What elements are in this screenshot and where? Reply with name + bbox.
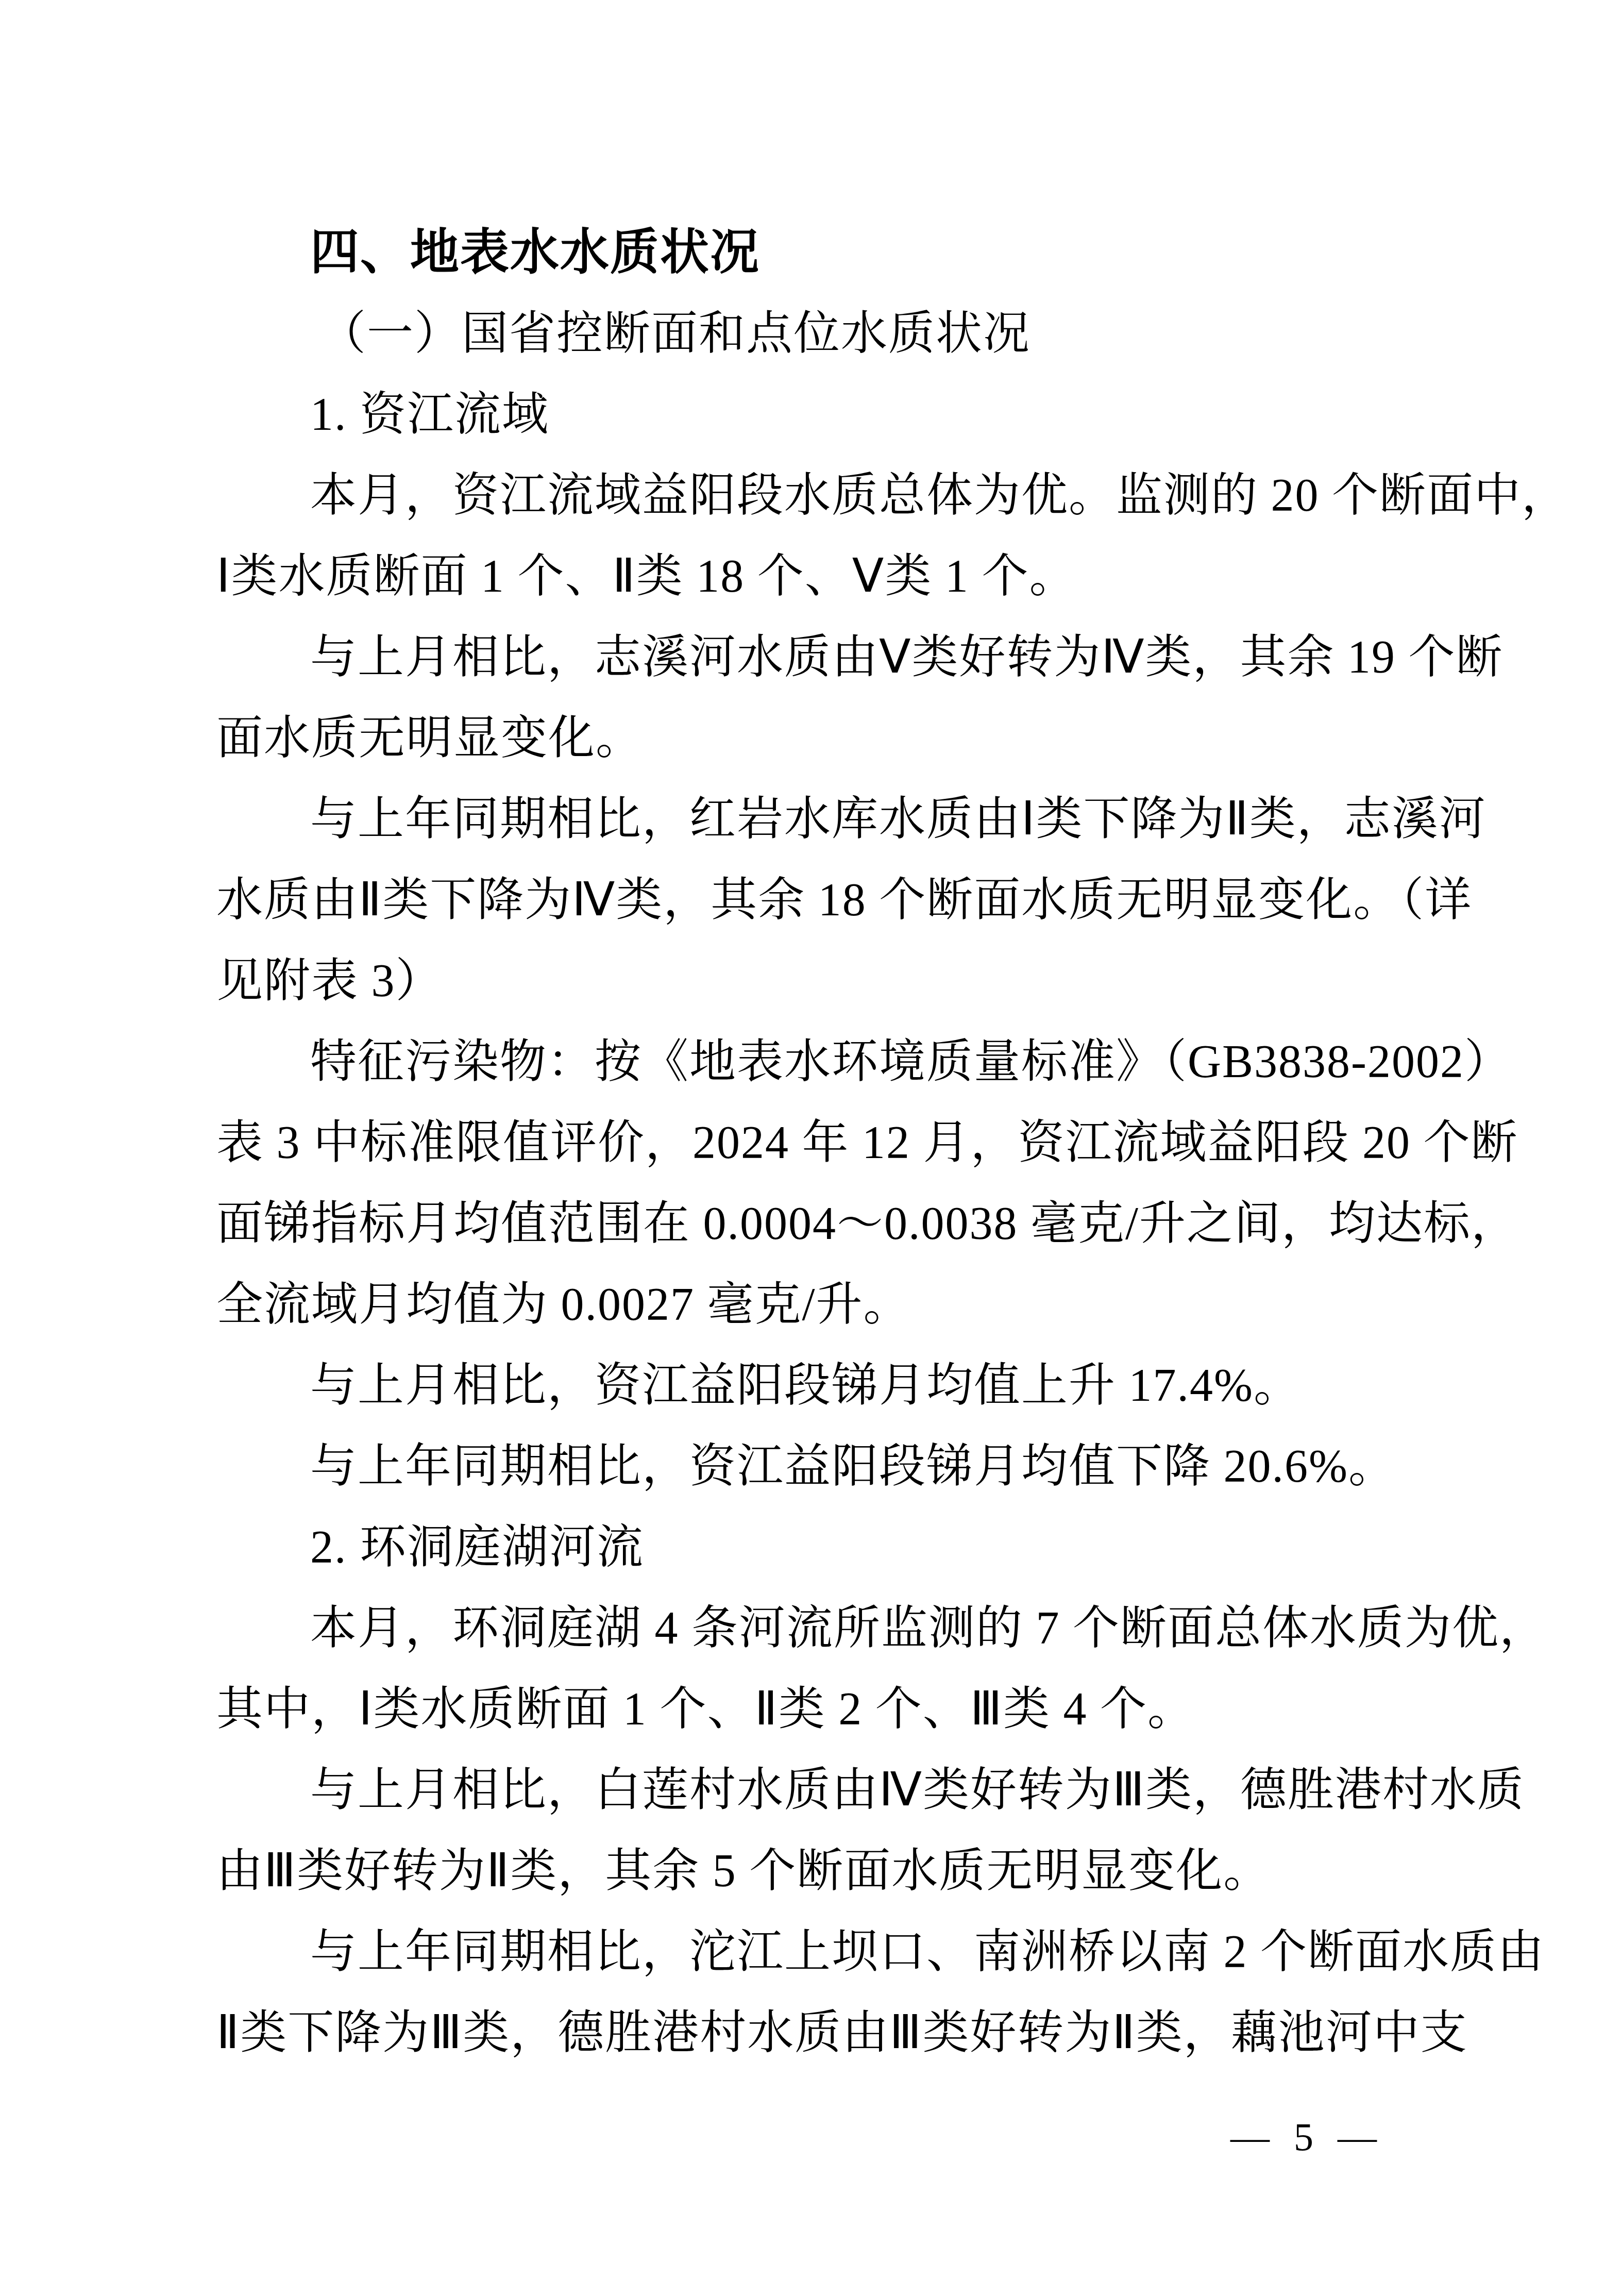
body-line: 其中，Ⅰ类水质断面 1 个、Ⅱ类 2 个、Ⅲ类 4 个。: [216, 1669, 1417, 1750]
body-line: Ⅰ类水质断面 1 个、Ⅱ类 18 个、Ⅴ类 1 个。: [216, 536, 1417, 617]
section-heading: 四、地表水水质状况: [216, 212, 1417, 293]
scanned-document-page: { "document": { "colors": { "ink": "#000…: [0, 0, 1622, 2296]
subsection-heading: （一）国省控断面和点位水质状况: [216, 293, 1417, 374]
body-line: Ⅱ类下降为Ⅲ类，德胜港村水质由Ⅲ类好转为Ⅱ类，藕池河中支: [216, 1992, 1417, 2073]
body-line: 与上月相比，志溪河水质由Ⅴ类好转为Ⅳ类，其余 19 个断: [216, 617, 1417, 698]
item-heading-zijiang: 1. 资江流域: [216, 374, 1417, 455]
body-line: 见附表 3）: [216, 941, 1417, 1021]
body-line: 全流域月均值为 0.0027 毫克/升。: [216, 1264, 1417, 1345]
body-line: 面水质无明显变化。: [216, 698, 1417, 779]
body-line: 本月，资江流域益阳段水质总体为优。监测的 20 个断面中，: [216, 455, 1417, 536]
body-line: 与上月相比，资江益阳段锑月均值上升 17.4%。: [216, 1345, 1417, 1426]
page-number: — 5 —: [1230, 2109, 1384, 2166]
body-line: 表 3 中标准限值评价，2024 年 12 月，资江流域益阳段 20 个断: [216, 1102, 1417, 1183]
body-line: 与上月相比，白莲村水质由Ⅳ类好转为Ⅲ类，德胜港村水质: [216, 1750, 1417, 1831]
body-line: 由Ⅲ类好转为Ⅱ类，其余 5 个断面水质无明显变化。: [216, 1831, 1417, 1912]
body-line: 特征污染物：按《地表水环境质量标准》（GB3838-2002）: [216, 1021, 1417, 1102]
body-line: 与上年同期相比，资江益阳段锑月均值下降 20.6%。: [216, 1426, 1417, 1507]
body-line: 面锑指标月均值范围在 0.0004～0.0038 毫克/升之间，均达标，: [216, 1183, 1417, 1264]
item-heading-dongting: 2. 环洞庭湖河流: [216, 1507, 1417, 1588]
body-line: 与上年同期相比，红岩水库水质由Ⅰ类下降为Ⅱ类，志溪河: [216, 779, 1417, 860]
document-page: 四、地表水水质状况 （一）国省控断面和点位水质状况 1. 资江流域 本月，资江流…: [0, 0, 1622, 2296]
body-line: 本月，环洞庭湖 4 条河流所监测的 7 个断面总体水质为优，: [216, 1588, 1417, 1669]
text-block: 四、地表水水质状况 （一）国省控断面和点位水质状况 1. 资江流域 本月，资江流…: [216, 212, 1417, 2073]
body-line: 与上年同期相比，沱江上坝口、南洲桥以南 2 个断面水质由: [216, 1912, 1417, 1992]
body-line: 水质由Ⅱ类下降为Ⅳ类，其余 18 个断面水质无明显变化。（详: [216, 860, 1417, 941]
